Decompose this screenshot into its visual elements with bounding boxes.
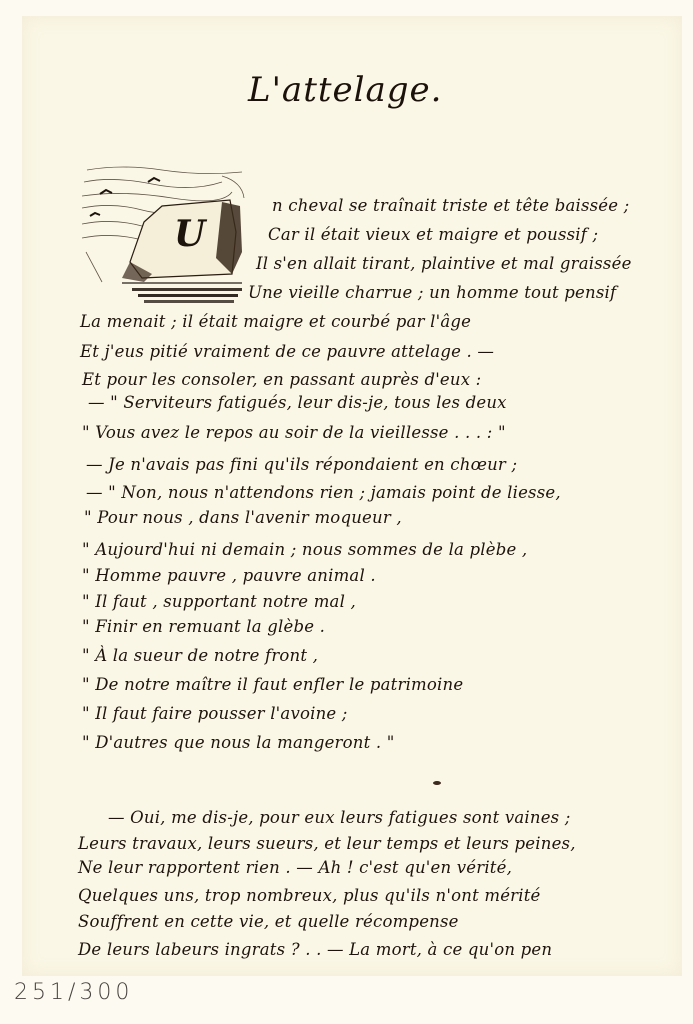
edition-number: 251/300 — [14, 980, 133, 1005]
drop-cap-letter: U — [174, 213, 208, 255]
poem-line: — Je n'avais pas fini qu'ils répondaient… — [86, 455, 517, 474]
poem-line: Car il était vieux et maigre et poussif … — [268, 225, 598, 244]
poem-title: L'attelage. — [248, 70, 442, 110]
poem-line: Et j'eus pitié vraiment de ce pauvre att… — [80, 342, 494, 361]
poem-line: " Il faut , supportant notre mal , — [82, 592, 356, 611]
poem-line: — Oui, me dis-je, pour eux leurs fatigue… — [108, 808, 571, 827]
poem-line: " D'autres que nous la mangeront . " — [82, 733, 395, 752]
poem-line: Une vieille charrue ; un homme tout pens… — [248, 283, 616, 302]
poem-line: " De notre maître il faut enfler le patr… — [82, 675, 463, 694]
poem-line: " Homme pauvre , pauvre animal . — [82, 566, 376, 585]
vignette-etching-icon: U — [82, 162, 262, 308]
poem-line: n cheval se traînait triste et tête bais… — [272, 196, 629, 215]
poem-line: " Aujourd'hui ni demain ; nous sommes de… — [82, 540, 527, 559]
poem-line: " Il faut faire pousser l'avoine ; — [82, 704, 348, 723]
poem-line: Quelques uns, trop nombreux, plus qu'ils… — [78, 886, 541, 905]
ink-mark — [433, 781, 441, 785]
poem-line: De leurs labeurs ingrats ? . . — La mort… — [78, 940, 552, 959]
poem-line: " À la sueur de notre front , — [82, 646, 318, 665]
poem-line: " Finir en remuant la glèbe . — [82, 617, 325, 636]
poem-line: " Pour nous , dans l'avenir moqueur , — [84, 508, 402, 527]
poem-line: — " Non, nous n'attendons rien ; jamais … — [86, 483, 561, 502]
poem-line: Ne leur rapportent rien . — Ah ! c'est q… — [78, 858, 512, 877]
poem-line: Et pour les consoler, en passant auprès … — [82, 370, 481, 389]
landscape-vignette-illustration: U — [82, 162, 262, 308]
poem-line: — " Serviteurs fatigués, leur dis-je, to… — [88, 393, 507, 412]
poem-line: " Vous avez le repos au soir de la vieil… — [82, 423, 506, 442]
poem-line: Il s'en allait tirant, plaintive et mal … — [256, 254, 632, 273]
poem-line: La menait ; il était maigre et courbé pa… — [80, 312, 471, 331]
poem-line: Leurs travaux, leurs sueurs, et leur tem… — [78, 834, 576, 853]
poem-line: Souffrent en cette vie, et quelle récomp… — [78, 912, 459, 931]
